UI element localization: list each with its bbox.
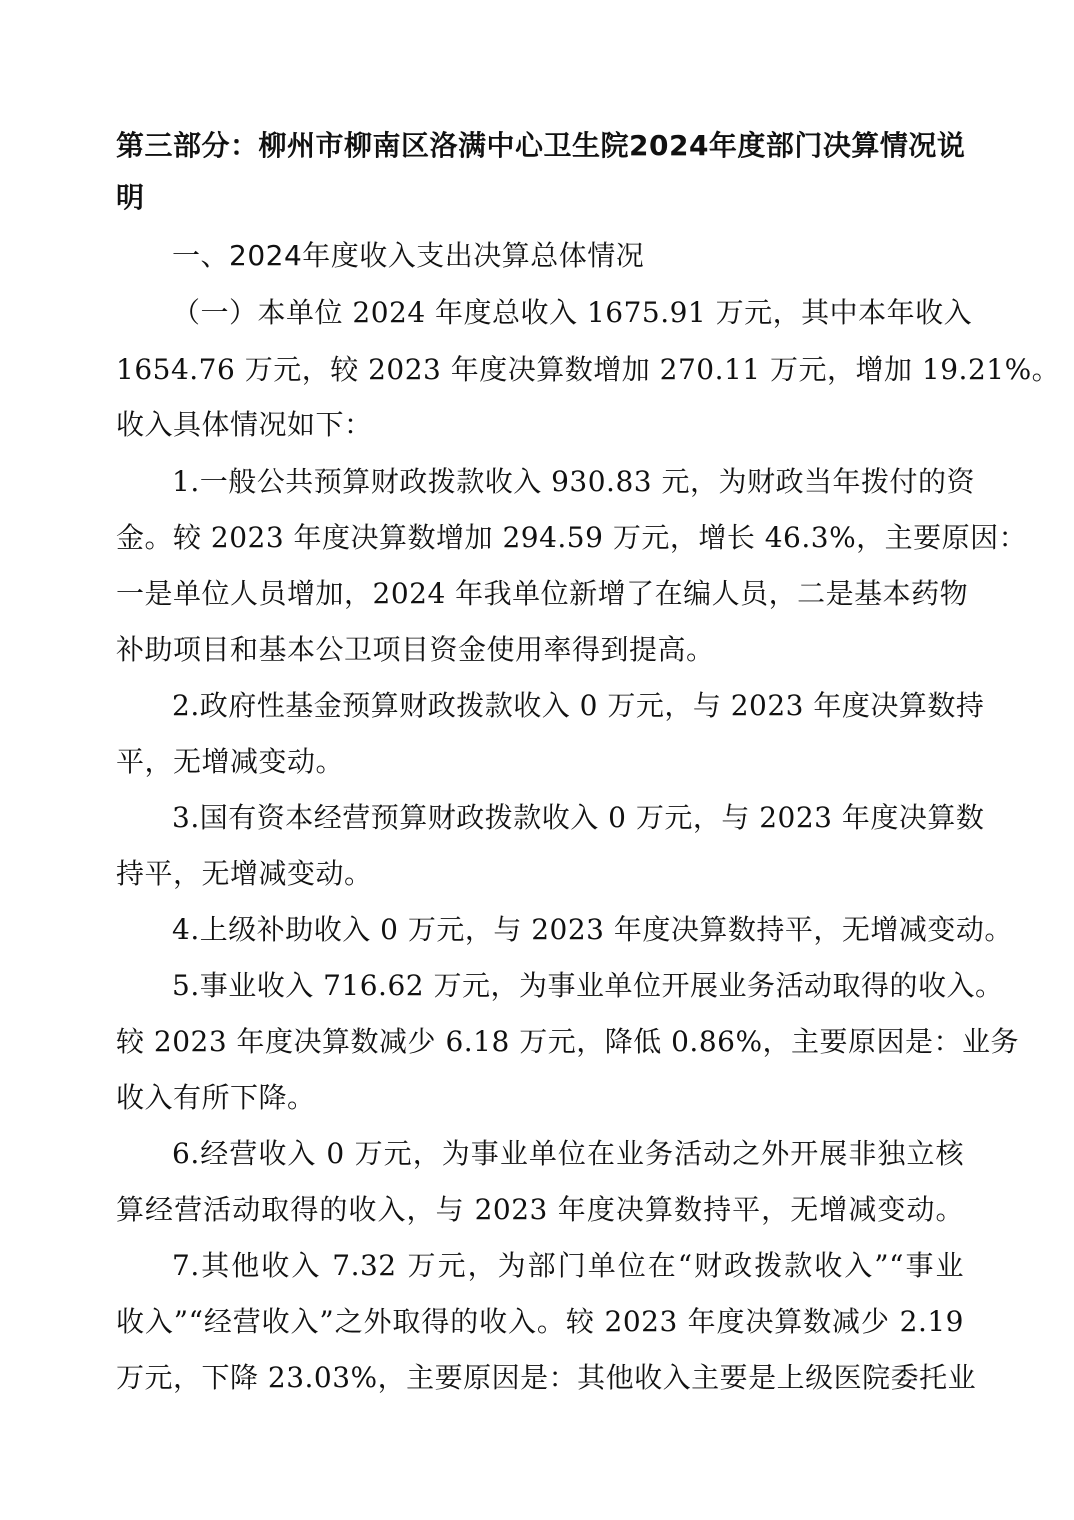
paragraph-line: 3.国有资本经营预算财政拨款收入 0 万元，与 2023 年度决算数 [172, 798, 964, 838]
paragraph-line: 收入有所下降。 [116, 1078, 964, 1118]
paragraph-line: 4.上级补助收入 0 万元，与 2023 年度决算数持平，无增减变动。 [172, 910, 964, 950]
paragraph-line: 一是单位人员增加，2024 年我单位新增了在编人员，二是基本药物 [116, 574, 964, 614]
document-title-line-2: 明 [116, 178, 964, 218]
paragraph-line: 1.一般公共预算财政拨款收入 930.83 元，为财政当年拨付的资 [172, 462, 964, 502]
paragraph-line: 6.经营收入 0 万元，为事业单位在业务活动之外开展非独立核 [172, 1134, 964, 1174]
paragraph-line: 金。较 2023 年度决算数增加 294.59 万元，增长 46.3%，主要原因… [116, 518, 964, 558]
paragraph-line: 较 2023 年度决算数减少 6.18 万元，降低 0.86%，主要原因是：业务 [116, 1022, 964, 1062]
paragraph-line: 1654.76 万元，较 2023 年度决算数增加 270.11 万元，增加 1… [116, 350, 964, 390]
paragraph-line: 2.政府性基金预算财政拨款收入 0 万元，与 2023 年度决算数持 [172, 686, 964, 726]
paragraph-line: （一）本单位 2024 年度总收入 1675.91 万元，其中本年收入 [172, 293, 964, 333]
paragraph-line: 补助项目和基本公卫项目资金使用率得到提高。 [116, 630, 964, 670]
paragraph-line: 5.事业收入 716.62 万元，为事业单位开展业务活动取得的收入。 [172, 966, 964, 1006]
document-page: 第三部分：柳州市柳南区洛满中心卫生院2024年度部门决算情况说 明 一、2024… [0, 0, 1074, 1520]
section-heading: 一、2024年度收入支出决算总体情况 [172, 236, 1020, 276]
paragraph-line: 收入具体情况如下： [116, 405, 964, 445]
paragraph-line: 收入”“经营收入”之外取得的收入。较 2023 年度决算数减少 2.19 [116, 1302, 964, 1342]
paragraph-line: 算经营活动取得的收入，与 2023 年度决算数持平，无增减变动。 [116, 1190, 964, 1230]
paragraph-line: 平，无增减变动。 [116, 742, 964, 782]
document-title-line-1: 第三部分：柳州市柳南区洛满中心卫生院2024年度部门决算情况说 [116, 126, 964, 166]
paragraph-line: 7.其他收入 7.32 万元，为部门单位在“财政拨款收入”“事业 [172, 1246, 964, 1286]
paragraph-line: 持平，无增减变动。 [116, 854, 964, 894]
paragraph-line: 万元，下降 23.03%，主要原因是：其他收入主要是上级医院委托业 [116, 1358, 964, 1398]
